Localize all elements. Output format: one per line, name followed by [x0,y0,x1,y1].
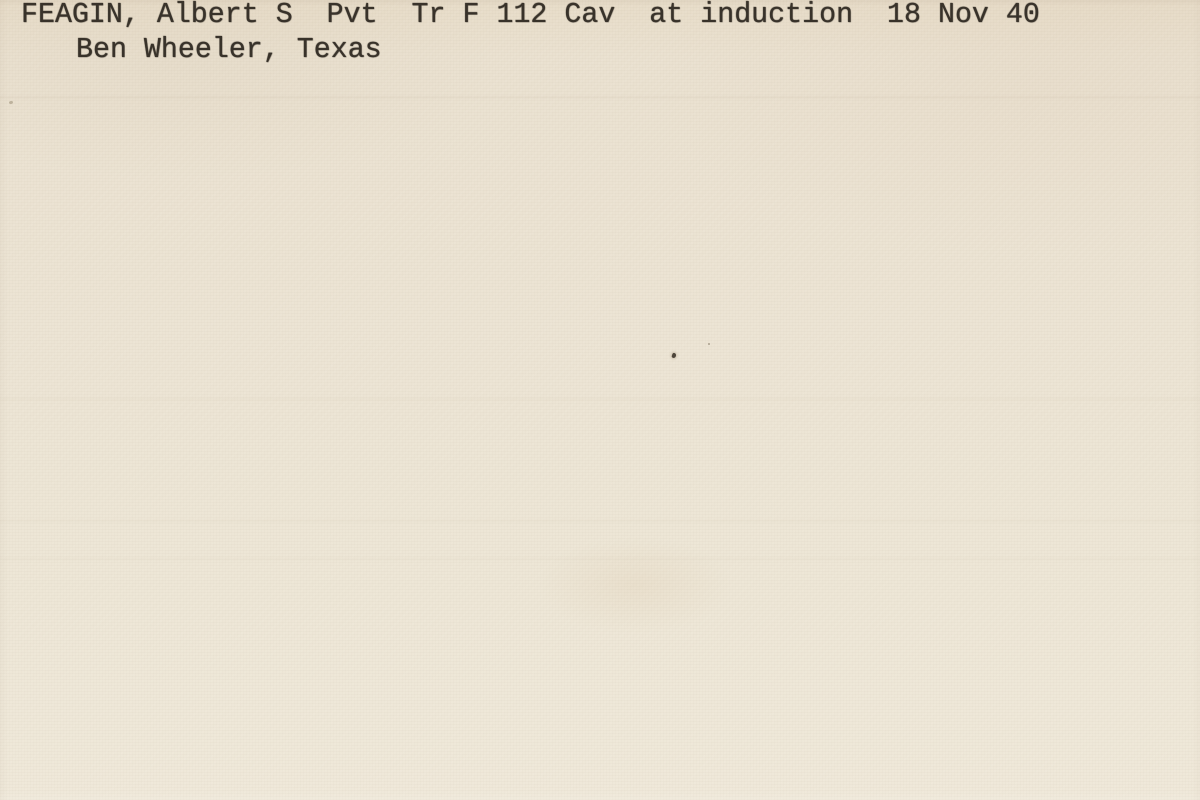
paper-speck [671,352,676,358]
scan-edge-vignette [0,0,1200,800]
paper-speck [9,101,14,105]
scanned-index-card: FEAGIN, Albert S Pvt Tr F 112 Cav at ind… [0,0,1200,800]
typed-line-name-rank-unit-date: FEAGIN, Albert S Pvt Tr F 112 Cav at ind… [21,0,1040,32]
paper-speck [708,343,710,345]
typed-line-hometown: Ben Wheeler, Texas [76,33,382,67]
